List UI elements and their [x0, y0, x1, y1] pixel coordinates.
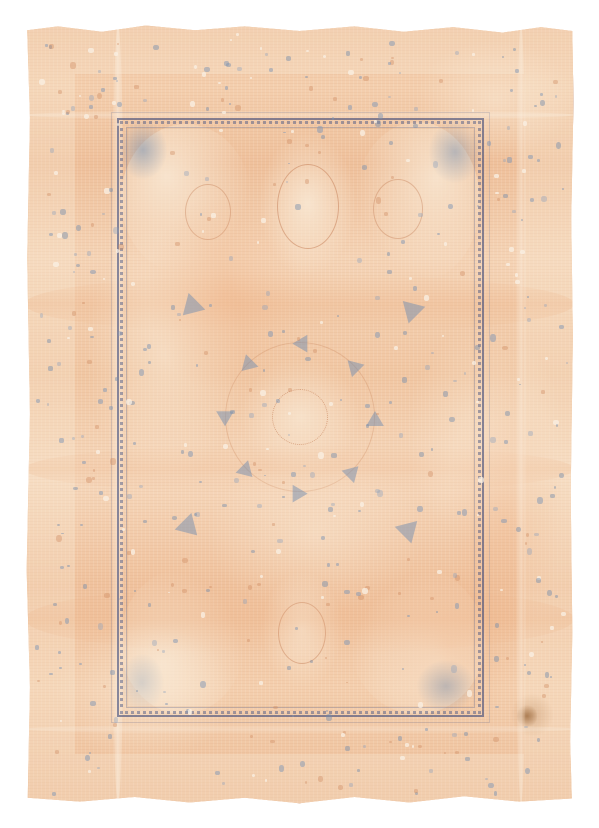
speckle	[84, 114, 90, 119]
speckle	[455, 51, 459, 56]
speckle	[136, 690, 138, 692]
speckle	[221, 98, 224, 102]
speckle	[250, 77, 252, 79]
speckle	[147, 344, 151, 349]
speckle	[88, 327, 93, 331]
speckle	[257, 583, 262, 586]
speckle	[49, 44, 54, 49]
speckle	[292, 715, 295, 717]
speckle	[218, 82, 220, 84]
speckle	[448, 204, 453, 209]
speckle	[68, 326, 72, 331]
speckle	[398, 736, 402, 741]
speckle	[566, 362, 569, 364]
speckle	[527, 318, 531, 322]
speckle	[559, 325, 564, 329]
speckle	[402, 668, 404, 670]
speckle	[331, 503, 335, 506]
speckle	[59, 438, 63, 443]
speckle	[49, 233, 53, 236]
speckle	[507, 157, 511, 162]
speckle	[388, 62, 390, 65]
speckle	[520, 250, 525, 254]
speckle	[37, 680, 40, 682]
speckle	[288, 434, 291, 437]
speckle	[127, 494, 132, 499]
speckle	[376, 413, 378, 415]
speckle	[81, 435, 84, 438]
speckle	[104, 593, 110, 597]
speckle	[279, 765, 284, 772]
speckle	[117, 102, 122, 108]
speckle	[276, 399, 280, 403]
speckle	[57, 524, 60, 527]
speckle	[98, 399, 104, 403]
speckle	[425, 728, 428, 730]
speckle	[317, 126, 322, 132]
speckle	[66, 110, 70, 114]
speckle	[331, 453, 337, 457]
speckle	[108, 734, 112, 739]
speckle	[36, 399, 40, 403]
speckle	[171, 305, 175, 310]
speckle	[524, 307, 526, 309]
speckle	[399, 72, 401, 74]
speckle	[67, 337, 70, 339]
speckle	[258, 469, 262, 472]
speckle	[295, 627, 298, 630]
speckle	[265, 53, 268, 55]
speckle	[553, 80, 558, 84]
speckle	[399, 433, 403, 438]
speckle	[437, 570, 442, 574]
speckle	[428, 471, 433, 477]
speckle	[73, 271, 75, 273]
speckle	[444, 242, 447, 246]
speckle	[550, 676, 552, 678]
speckle	[550, 494, 555, 498]
speckle	[54, 171, 58, 176]
speckle	[83, 584, 87, 589]
speckle	[506, 263, 509, 265]
speckle	[409, 277, 412, 280]
speckle	[131, 282, 136, 286]
speckle	[318, 776, 323, 782]
speckle	[362, 588, 367, 594]
speckle	[534, 533, 539, 537]
speckle	[357, 769, 360, 773]
speckle	[287, 139, 292, 144]
speckle	[460, 271, 466, 276]
speckle	[76, 225, 81, 231]
speckle	[288, 163, 290, 164]
speckle	[400, 756, 405, 761]
speckle	[348, 105, 352, 109]
speckle	[113, 77, 117, 80]
speckle	[387, 252, 390, 255]
speckle	[519, 384, 521, 386]
speckle	[464, 732, 468, 737]
speckle	[425, 365, 430, 370]
speckle	[202, 72, 207, 76]
speckle	[247, 639, 250, 642]
speckle	[40, 313, 44, 318]
speckle	[510, 89, 513, 92]
speckle	[52, 211, 56, 215]
speckle	[131, 549, 136, 555]
speckle	[500, 589, 503, 591]
speckle	[113, 227, 119, 234]
speckle	[97, 93, 103, 99]
speckle	[424, 295, 429, 300]
speckle	[291, 130, 293, 133]
speckle	[266, 291, 270, 296]
speckle	[507, 126, 510, 129]
speckle	[114, 717, 118, 723]
speckle	[407, 558, 410, 562]
speckle	[252, 774, 255, 778]
speckle	[188, 451, 193, 457]
speckle	[494, 174, 499, 178]
speckle	[201, 612, 205, 618]
speckle	[348, 70, 353, 75]
speckle	[389, 41, 395, 47]
speckle	[118, 244, 124, 250]
speckle	[50, 148, 54, 153]
speckle	[182, 589, 187, 593]
speckle	[433, 161, 438, 168]
speckle	[336, 563, 339, 566]
speckle	[92, 477, 95, 480]
speckle	[515, 280, 519, 284]
speckle	[495, 623, 500, 628]
speckle	[98, 623, 103, 630]
speckle	[168, 592, 170, 593]
speckle	[503, 159, 506, 162]
speckle	[112, 101, 116, 105]
speckle	[139, 485, 144, 489]
speckle	[72, 311, 76, 316]
speckle	[276, 549, 281, 554]
speckle	[190, 101, 195, 107]
speckle	[260, 47, 262, 49]
speckle	[122, 528, 125, 532]
speckle	[248, 585, 253, 590]
speckle	[76, 264, 81, 268]
speckle	[462, 509, 467, 516]
speckle	[362, 165, 368, 169]
speckle	[103, 388, 107, 392]
speckle	[110, 458, 116, 465]
speckle	[528, 155, 532, 159]
speckle	[65, 618, 70, 624]
speckle	[58, 651, 61, 654]
speckle	[184, 171, 189, 176]
speckle	[384, 212, 388, 216]
speckle	[338, 785, 343, 790]
speckle	[540, 100, 546, 106]
speckle	[550, 626, 553, 630]
speckle	[333, 97, 337, 100]
speckle	[95, 425, 99, 429]
speckle	[99, 491, 103, 494]
speckle	[62, 112, 65, 115]
speckle	[53, 262, 58, 267]
speckle	[235, 105, 241, 110]
speckle	[318, 151, 321, 155]
speckle	[56, 535, 62, 542]
speckle	[547, 590, 552, 596]
speckle	[152, 640, 157, 646]
speckle	[204, 67, 210, 72]
speckle	[300, 761, 305, 767]
speckle	[109, 188, 113, 192]
speckle	[522, 169, 526, 173]
speckle	[263, 369, 266, 372]
speckle	[48, 366, 52, 370]
speckle	[91, 223, 94, 227]
speckle	[177, 313, 180, 316]
speckle	[358, 510, 361, 512]
speckle	[527, 548, 532, 554]
speckle	[251, 550, 255, 553]
speckle	[261, 218, 266, 223]
speckle	[265, 779, 267, 782]
speckle	[387, 270, 391, 274]
speckle	[286, 181, 288, 184]
speckle	[376, 197, 381, 203]
speckle	[556, 142, 562, 149]
speckle	[79, 663, 82, 665]
speckle	[326, 710, 329, 712]
speckle	[114, 52, 118, 56]
speckle	[537, 497, 543, 503]
speckle	[326, 603, 329, 606]
speckle	[523, 121, 527, 126]
speckle	[537, 159, 541, 162]
speckle	[215, 771, 220, 775]
speckle	[505, 411, 510, 416]
speckle	[181, 450, 184, 454]
speckle	[349, 783, 352, 787]
speckle	[429, 769, 432, 773]
speckle	[455, 603, 459, 609]
speckle	[269, 68, 274, 72]
speckle	[344, 640, 349, 646]
speckle	[209, 304, 212, 307]
speckle	[437, 233, 440, 235]
speckle	[439, 79, 443, 83]
speckle	[366, 424, 369, 427]
speckle	[515, 69, 518, 73]
speckle	[199, 481, 202, 483]
speckle	[61, 533, 63, 535]
speckle	[272, 523, 274, 525]
speckle	[521, 219, 524, 222]
speckle	[89, 105, 92, 109]
speckle	[282, 496, 284, 498]
speckle	[94, 115, 98, 119]
speckle	[356, 592, 362, 596]
speckle	[525, 542, 528, 545]
speckle	[249, 413, 254, 418]
speckle	[143, 520, 147, 524]
speckle	[59, 667, 61, 669]
speckle	[270, 740, 274, 743]
speckle	[495, 192, 498, 194]
speckle	[512, 210, 515, 213]
speckle	[260, 575, 263, 578]
speckle	[234, 478, 239, 483]
speckle	[268, 331, 273, 336]
speckle	[283, 132, 285, 134]
speckle	[182, 558, 188, 564]
speckle	[257, 504, 262, 508]
speckle	[412, 745, 414, 748]
speckle	[90, 336, 93, 339]
speckle	[541, 196, 547, 202]
speckle	[103, 496, 108, 501]
speckle	[260, 390, 266, 396]
speckle	[515, 273, 518, 276]
speckle	[541, 390, 544, 394]
speckle	[476, 401, 479, 404]
speckle	[464, 372, 467, 375]
speckle	[341, 733, 345, 737]
speckle	[60, 720, 62, 722]
speckle	[88, 770, 92, 773]
speckle	[229, 256, 233, 261]
speckle	[403, 331, 407, 335]
speckle	[372, 102, 377, 108]
speckle	[323, 55, 327, 58]
speckle	[322, 581, 328, 586]
speckle	[389, 141, 393, 146]
speckle	[360, 58, 363, 61]
speckle	[287, 666, 291, 670]
speckle	[478, 477, 484, 483]
speckle	[527, 671, 532, 676]
speckle	[101, 88, 105, 92]
speckle	[502, 346, 508, 351]
speckle	[417, 506, 422, 512]
speckle	[79, 95, 81, 97]
speckle	[309, 86, 313, 91]
speckle	[329, 402, 333, 407]
speckle	[127, 551, 130, 555]
speckle	[418, 702, 423, 708]
speckle	[326, 714, 332, 721]
speckle	[47, 193, 51, 196]
speckle	[506, 657, 509, 660]
speckle	[35, 645, 39, 650]
speckle	[204, 351, 208, 355]
speckle	[477, 205, 479, 207]
speckle	[378, 113, 384, 119]
speckle	[126, 399, 132, 405]
speckle	[504, 440, 508, 444]
speckle	[262, 403, 266, 407]
speckle	[493, 507, 498, 511]
speckle	[86, 477, 92, 483]
speckle	[282, 330, 285, 332]
speckle	[305, 76, 308, 78]
speckle	[527, 296, 529, 298]
speckle	[53, 603, 57, 607]
speckle	[89, 752, 91, 755]
speckle	[394, 346, 398, 351]
speckle	[115, 377, 119, 380]
speckle	[310, 660, 313, 663]
speckle	[262, 305, 268, 310]
speckle	[73, 487, 78, 491]
speckle	[200, 681, 206, 688]
speckle	[194, 65, 198, 70]
speckle	[465, 757, 469, 760]
speckle	[365, 404, 370, 408]
speckle	[453, 380, 456, 383]
speckle	[57, 362, 60, 366]
speckle	[70, 62, 76, 69]
speckle	[143, 99, 147, 102]
speckle	[297, 337, 300, 341]
speckle	[524, 664, 526, 666]
speckle	[389, 401, 393, 404]
speckle	[540, 93, 543, 96]
speckle	[418, 213, 423, 217]
speckle	[363, 76, 369, 81]
speckle	[148, 361, 151, 364]
speckle	[98, 70, 101, 73]
speckle	[472, 361, 477, 366]
speckle	[357, 258, 362, 264]
fringe-bottom	[31, 804, 568, 811]
speckle	[305, 357, 311, 362]
speckle	[537, 738, 540, 742]
speckle	[202, 230, 204, 233]
speckle	[487, 141, 491, 146]
speckle	[320, 321, 323, 324]
speckle	[206, 589, 210, 593]
speckle	[163, 691, 166, 693]
speckle	[249, 388, 252, 391]
speckle	[455, 751, 459, 754]
speckle	[493, 737, 499, 742]
speckle	[490, 334, 496, 342]
speckle	[288, 388, 292, 392]
speckle	[559, 473, 564, 479]
speckle	[72, 437, 75, 440]
speckle	[485, 778, 488, 781]
speckle	[148, 603, 151, 607]
speckle	[59, 621, 63, 625]
speckle	[162, 650, 165, 653]
speckle	[346, 682, 348, 684]
speckle	[47, 403, 49, 405]
speckle	[134, 85, 138, 89]
speckle	[117, 123, 120, 126]
speckle	[494, 656, 499, 662]
speckle	[321, 536, 326, 540]
speckle	[118, 331, 122, 336]
speckle	[418, 745, 422, 749]
speckle	[374, 120, 377, 123]
speckle	[529, 652, 534, 658]
speckle	[222, 782, 225, 785]
speckle	[96, 450, 100, 455]
speckle	[545, 672, 549, 678]
speckle	[516, 527, 521, 533]
